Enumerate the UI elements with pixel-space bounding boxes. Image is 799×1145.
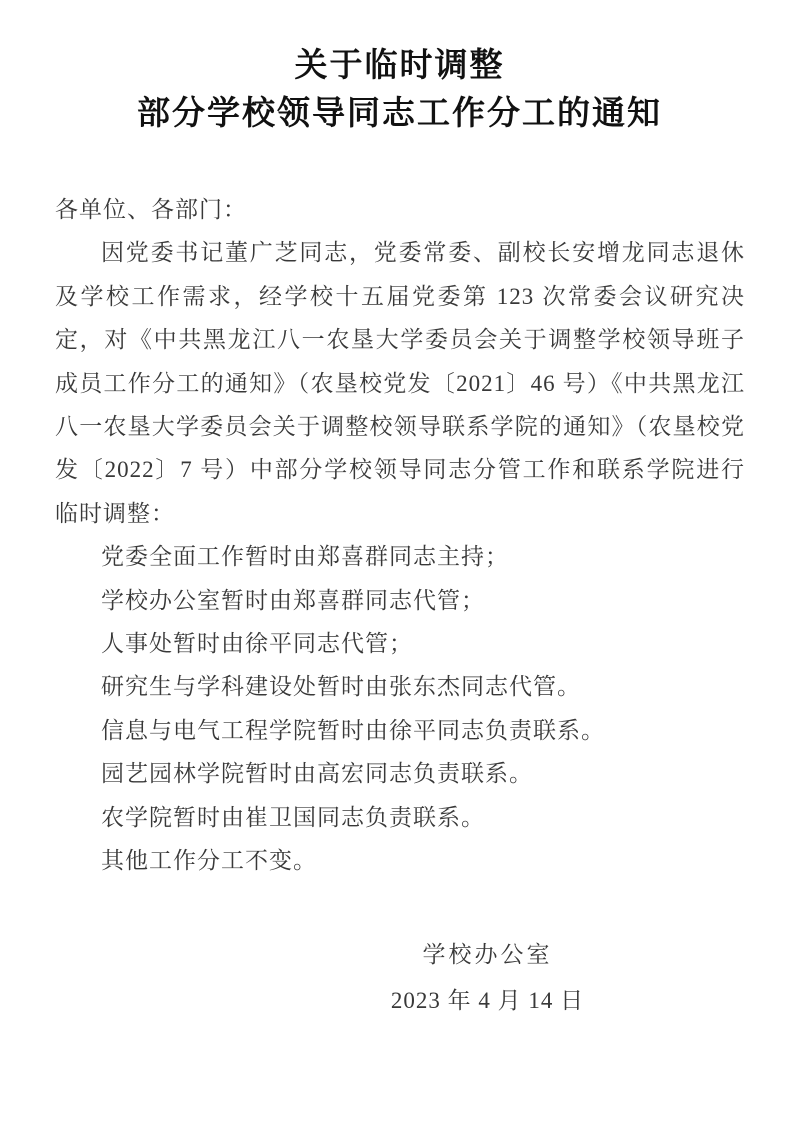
- assignment-item-agronomy-college: 农学院暂时由崔卫国同志负责联系。: [55, 796, 745, 839]
- document-body: 各单位、各部门： 因党委书记董广芝同志，党委常委、副校长安增龙同志退休及学校工作…: [55, 188, 745, 883]
- title-line-1: 关于临时调整: [0, 42, 799, 90]
- signature-block: 学校办公室 2023 年 4 月 14 日: [355, 932, 620, 1023]
- assignment-item-party-work: 党委全面工作暂时由郑喜群同志主持；: [55, 535, 745, 578]
- title-line-2: 部分学校领导同志工作分工的通知: [0, 90, 799, 138]
- intro-paragraph: 因党委书记董广芝同志，党委常委、副校长安增龙同志退休及学校工作需求，经学校十五届…: [55, 231, 745, 535]
- assignment-item-hr-office: 人事处暂时由徐平同志代管；: [55, 622, 745, 665]
- assignment-item-school-office: 学校办公室暂时由郑喜群同志代管；: [55, 579, 745, 622]
- assignment-item-horticulture-college: 园艺园林学院暂时由高宏同志负责联系。: [55, 752, 745, 795]
- assignment-item-other-unchanged: 其他工作分工不变。: [55, 839, 745, 882]
- signature-date: 2023 年 4 月 14 日: [355, 978, 620, 1023]
- document-title: 关于临时调整 部分学校领导同志工作分工的通知: [0, 42, 799, 138]
- assignment-item-graduate-office: 研究生与学科建设处暂时由张东杰同志代管。: [55, 665, 745, 708]
- salutation: 各单位、各部门：: [55, 188, 745, 231]
- document-page: 关于临时调整 部分学校领导同志工作分工的通知 各单位、各部门： 因党委书记董广芝…: [0, 0, 799, 1145]
- signature-office: 学校办公室: [355, 932, 620, 977]
- assignment-item-information-college: 信息与电气工程学院暂时由徐平同志负责联系。: [55, 709, 745, 752]
